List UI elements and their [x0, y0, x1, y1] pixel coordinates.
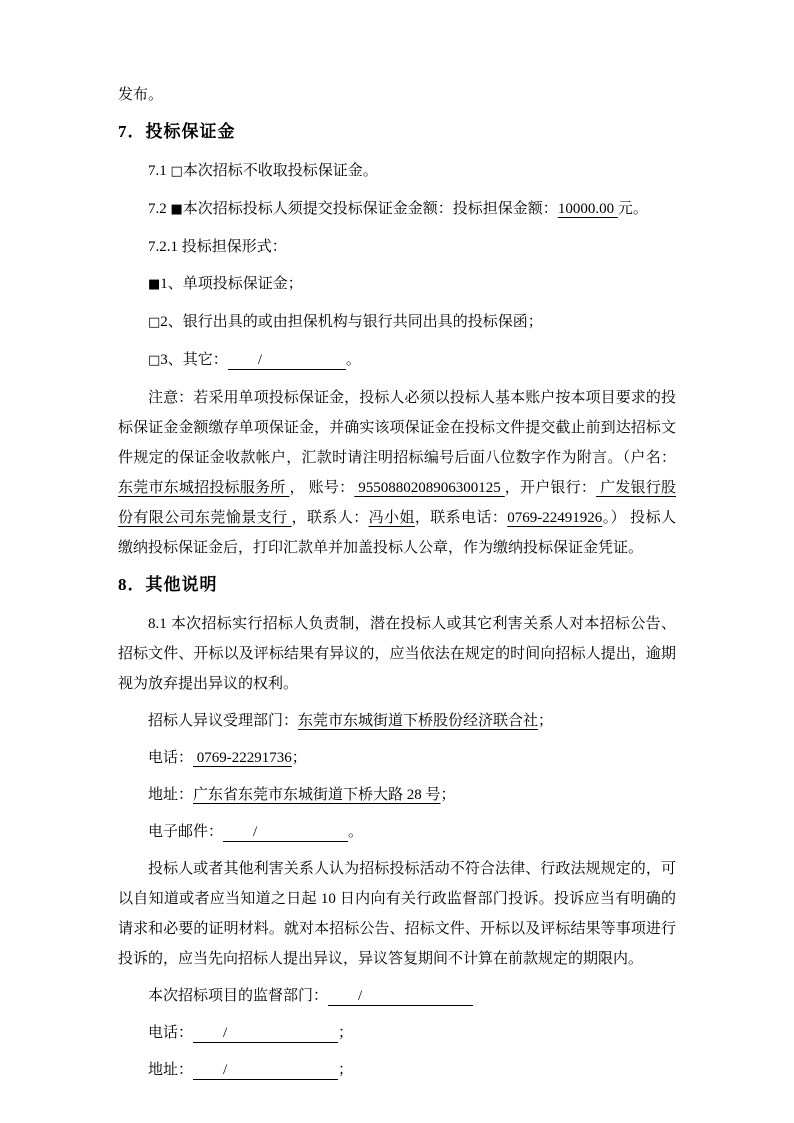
section-7-heading: 7．投标保证金	[118, 117, 676, 147]
checkbox-unchecked-icon: □	[171, 164, 183, 179]
text-run: ，联系电话：	[415, 510, 507, 526]
paragraph: □2、银行出具的或由担保机构与银行共同出具的投标保函；	[118, 307, 676, 338]
text-run: ；	[441, 787, 456, 803]
text-run: ， 账号：	[289, 480, 354, 496]
paragraph: 7.2.1 投标担保形式：	[118, 232, 676, 262]
objection-phone: 0769-22291736	[193, 750, 292, 766]
checkbox-checked-icon: ■	[148, 277, 160, 292]
text-run: 地址：	[148, 1062, 193, 1078]
text-run: 注意：若采用单项投标保证金，投标人必须以投标人基本账户按本项目要求的投标保证金金…	[118, 390, 676, 466]
paragraph: 8.1 本次招标实行招标人负责制，潜在投标人或其它利害关系人对本招标公告、招标文…	[118, 609, 676, 699]
paragraph: 电子邮件：/。	[118, 817, 676, 847]
paragraph: 注意：若采用单项投标保证金，投标人必须以投标人基本账户按本项目要求的投标保证金金…	[118, 383, 676, 563]
checkbox-checked-icon: ■	[171, 202, 183, 217]
text-run: 本次招标投标人须提交投标保证金金额：投标担保金额：	[183, 201, 558, 217]
paragraph: 电话： 0769-22291736；	[118, 743, 676, 773]
contact-phone: 0769-22491926	[507, 510, 602, 526]
text-run: ；	[338, 1062, 353, 1078]
paragraph: 本次招标项目的监督部门：/	[118, 981, 676, 1011]
text-run: 本次招标项目的监督部门：	[148, 988, 328, 1004]
text-run: 。	[348, 824, 363, 840]
text-run: 发布。	[118, 87, 163, 103]
text-run: 电话：	[148, 750, 193, 766]
account-name: 东莞市东城招投标服务所	[118, 480, 289, 496]
text-run: 。	[346, 352, 361, 368]
text-run: 7.2.1 投标担保形式：	[148, 239, 287, 255]
paragraph: 投标人或者其他利害关系人认为招标投标活动不符合法律、行政法规规定的，可以自知道或…	[118, 854, 676, 974]
paragraph: 电话：/；	[118, 1018, 676, 1048]
text-run: 招标人异议受理部门：	[148, 713, 298, 729]
text-run: 地址：	[148, 787, 193, 803]
text-run: 7.2	[148, 201, 171, 217]
text-run: 元。	[618, 201, 648, 217]
paragraph: 7.2 ■本次招标投标人须提交投标保证金金额：投标担保金额：10000.00 元…	[118, 194, 676, 225]
blank-slash-field: /	[228, 351, 346, 370]
paragraph: 发布。	[118, 80, 676, 110]
text-run: ；	[538, 713, 553, 729]
text-run: 电话：	[148, 1025, 193, 1041]
underlined-text: 10000.00	[558, 201, 618, 217]
blank-slash-field: /	[193, 1061, 338, 1080]
text-run: 2、银行出具的或由担保机构与银行共同出具的投标保函；	[160, 314, 543, 330]
section-8-heading: 8．其他说明	[118, 570, 676, 600]
objection-department: 东莞市东城街道下桥股份经济联合社	[298, 713, 538, 729]
paragraph: 地址：广东省东莞市东城街道下桥大路 28 号；	[118, 780, 676, 810]
text-run: 1、单项投标保证金；	[160, 276, 303, 292]
account-number: 9550880208906300125	[354, 480, 504, 496]
text-run: 7.1	[148, 163, 171, 179]
blank-slash-field: /	[193, 1024, 338, 1043]
paragraph: ■1、单项投标保证金；	[118, 269, 676, 300]
text-run: 7．投标保证金	[118, 122, 236, 141]
objection-address: 广东省东莞市东城街道下桥大路 28 号	[193, 787, 441, 803]
text-run: 8.1 本次招标实行招标人负责制，潜在投标人或其它利害关系人对本招标公告、招标文…	[118, 616, 676, 692]
text-run: ，联系人：	[292, 510, 369, 526]
contact-person: 冯小姐	[369, 510, 415, 526]
text-run: ，开户银行：	[505, 480, 596, 496]
text-run: ；	[292, 750, 307, 766]
document-body: 发布。7．投标保证金7.1 □本次招标不收取投标保证金。7.2 ■本次招标投标人…	[118, 80, 676, 1085]
paragraph: 地址：/；	[118, 1055, 676, 1085]
checkbox-unchecked-icon: □	[148, 315, 160, 330]
paragraph: □3、其它：/。	[118, 345, 676, 376]
text-run: 8．其他说明	[118, 575, 218, 594]
text-run: 3、其它：	[160, 352, 228, 368]
text-run: 电子邮件：	[148, 824, 223, 840]
paragraph: 招标人异议受理部门：东莞市东城街道下桥股份经济联合社；	[118, 706, 676, 736]
text-run: ；	[338, 1025, 353, 1041]
checkbox-unchecked-icon: □	[148, 353, 160, 368]
blank-slash-field: /	[223, 823, 348, 842]
text-run: 本次招标不收取投标保证金。	[183, 163, 378, 179]
document-page: 发布。7．投标保证金7.1 □本次招标不收取投标保证金。7.2 ■本次招标投标人…	[0, 0, 794, 1123]
paragraph: 7.1 □本次招标不收取投标保证金。	[118, 156, 676, 187]
text-run: 投标人或者其他利害关系人认为招标投标活动不符合法律、行政法规规定的，可以自知道或…	[118, 861, 676, 967]
blank-slash-field: /	[328, 987, 473, 1006]
